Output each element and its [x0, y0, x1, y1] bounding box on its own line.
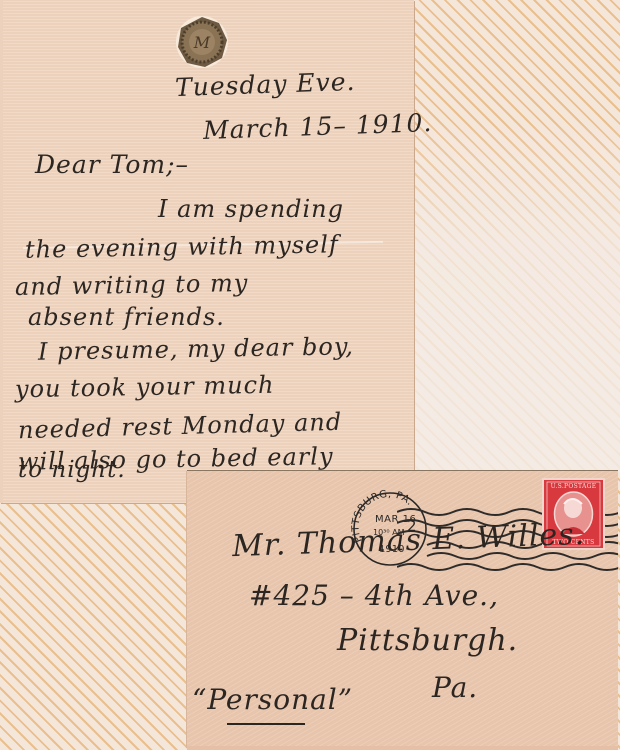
letter-sheet: M Tuesday Eve. March 15– 1910. Dear Tom;…	[0, 0, 414, 503]
letter-body-line: to night.	[18, 457, 126, 483]
striped-backing-paper	[411, 120, 620, 472]
letter-body-line: I presume, my dear boy,	[38, 332, 354, 366]
recipient-street: #425 – 4th Ave.,	[249, 579, 499, 612]
letter-body-line: absent friends.	[28, 303, 225, 331]
letter-body-line: you took your much	[15, 371, 275, 404]
letter-greeting: Dear Tom;–	[35, 150, 189, 179]
monogram-seal-icon: M	[175, 15, 229, 69]
personal-note: “Personal”	[192, 683, 353, 716]
recipient-state: Pa.	[432, 671, 478, 704]
personal-underline	[227, 723, 305, 725]
envelope-bottom-edge	[187, 746, 618, 750]
letter-body-line: I am spending	[158, 195, 344, 223]
letter-heading-date: March 15– 1910.	[203, 108, 433, 145]
svg-text:M: M	[193, 33, 211, 52]
letter-body-line: the evening with myself	[25, 230, 339, 263]
envelope: PITTSBURG, PA. MAR 16 10³⁰ AM 1910 2 U.S…	[187, 471, 618, 748]
letter-body-line: needed rest Monday and	[18, 408, 343, 444]
stamp-top-label: U.S.POSTAGE	[542, 483, 605, 490]
letter-heading-day: Tuesday Eve.	[175, 67, 356, 102]
letter-body-line: and writing to my	[15, 269, 249, 301]
recipient-city: Pittsburgh.	[337, 623, 518, 658]
